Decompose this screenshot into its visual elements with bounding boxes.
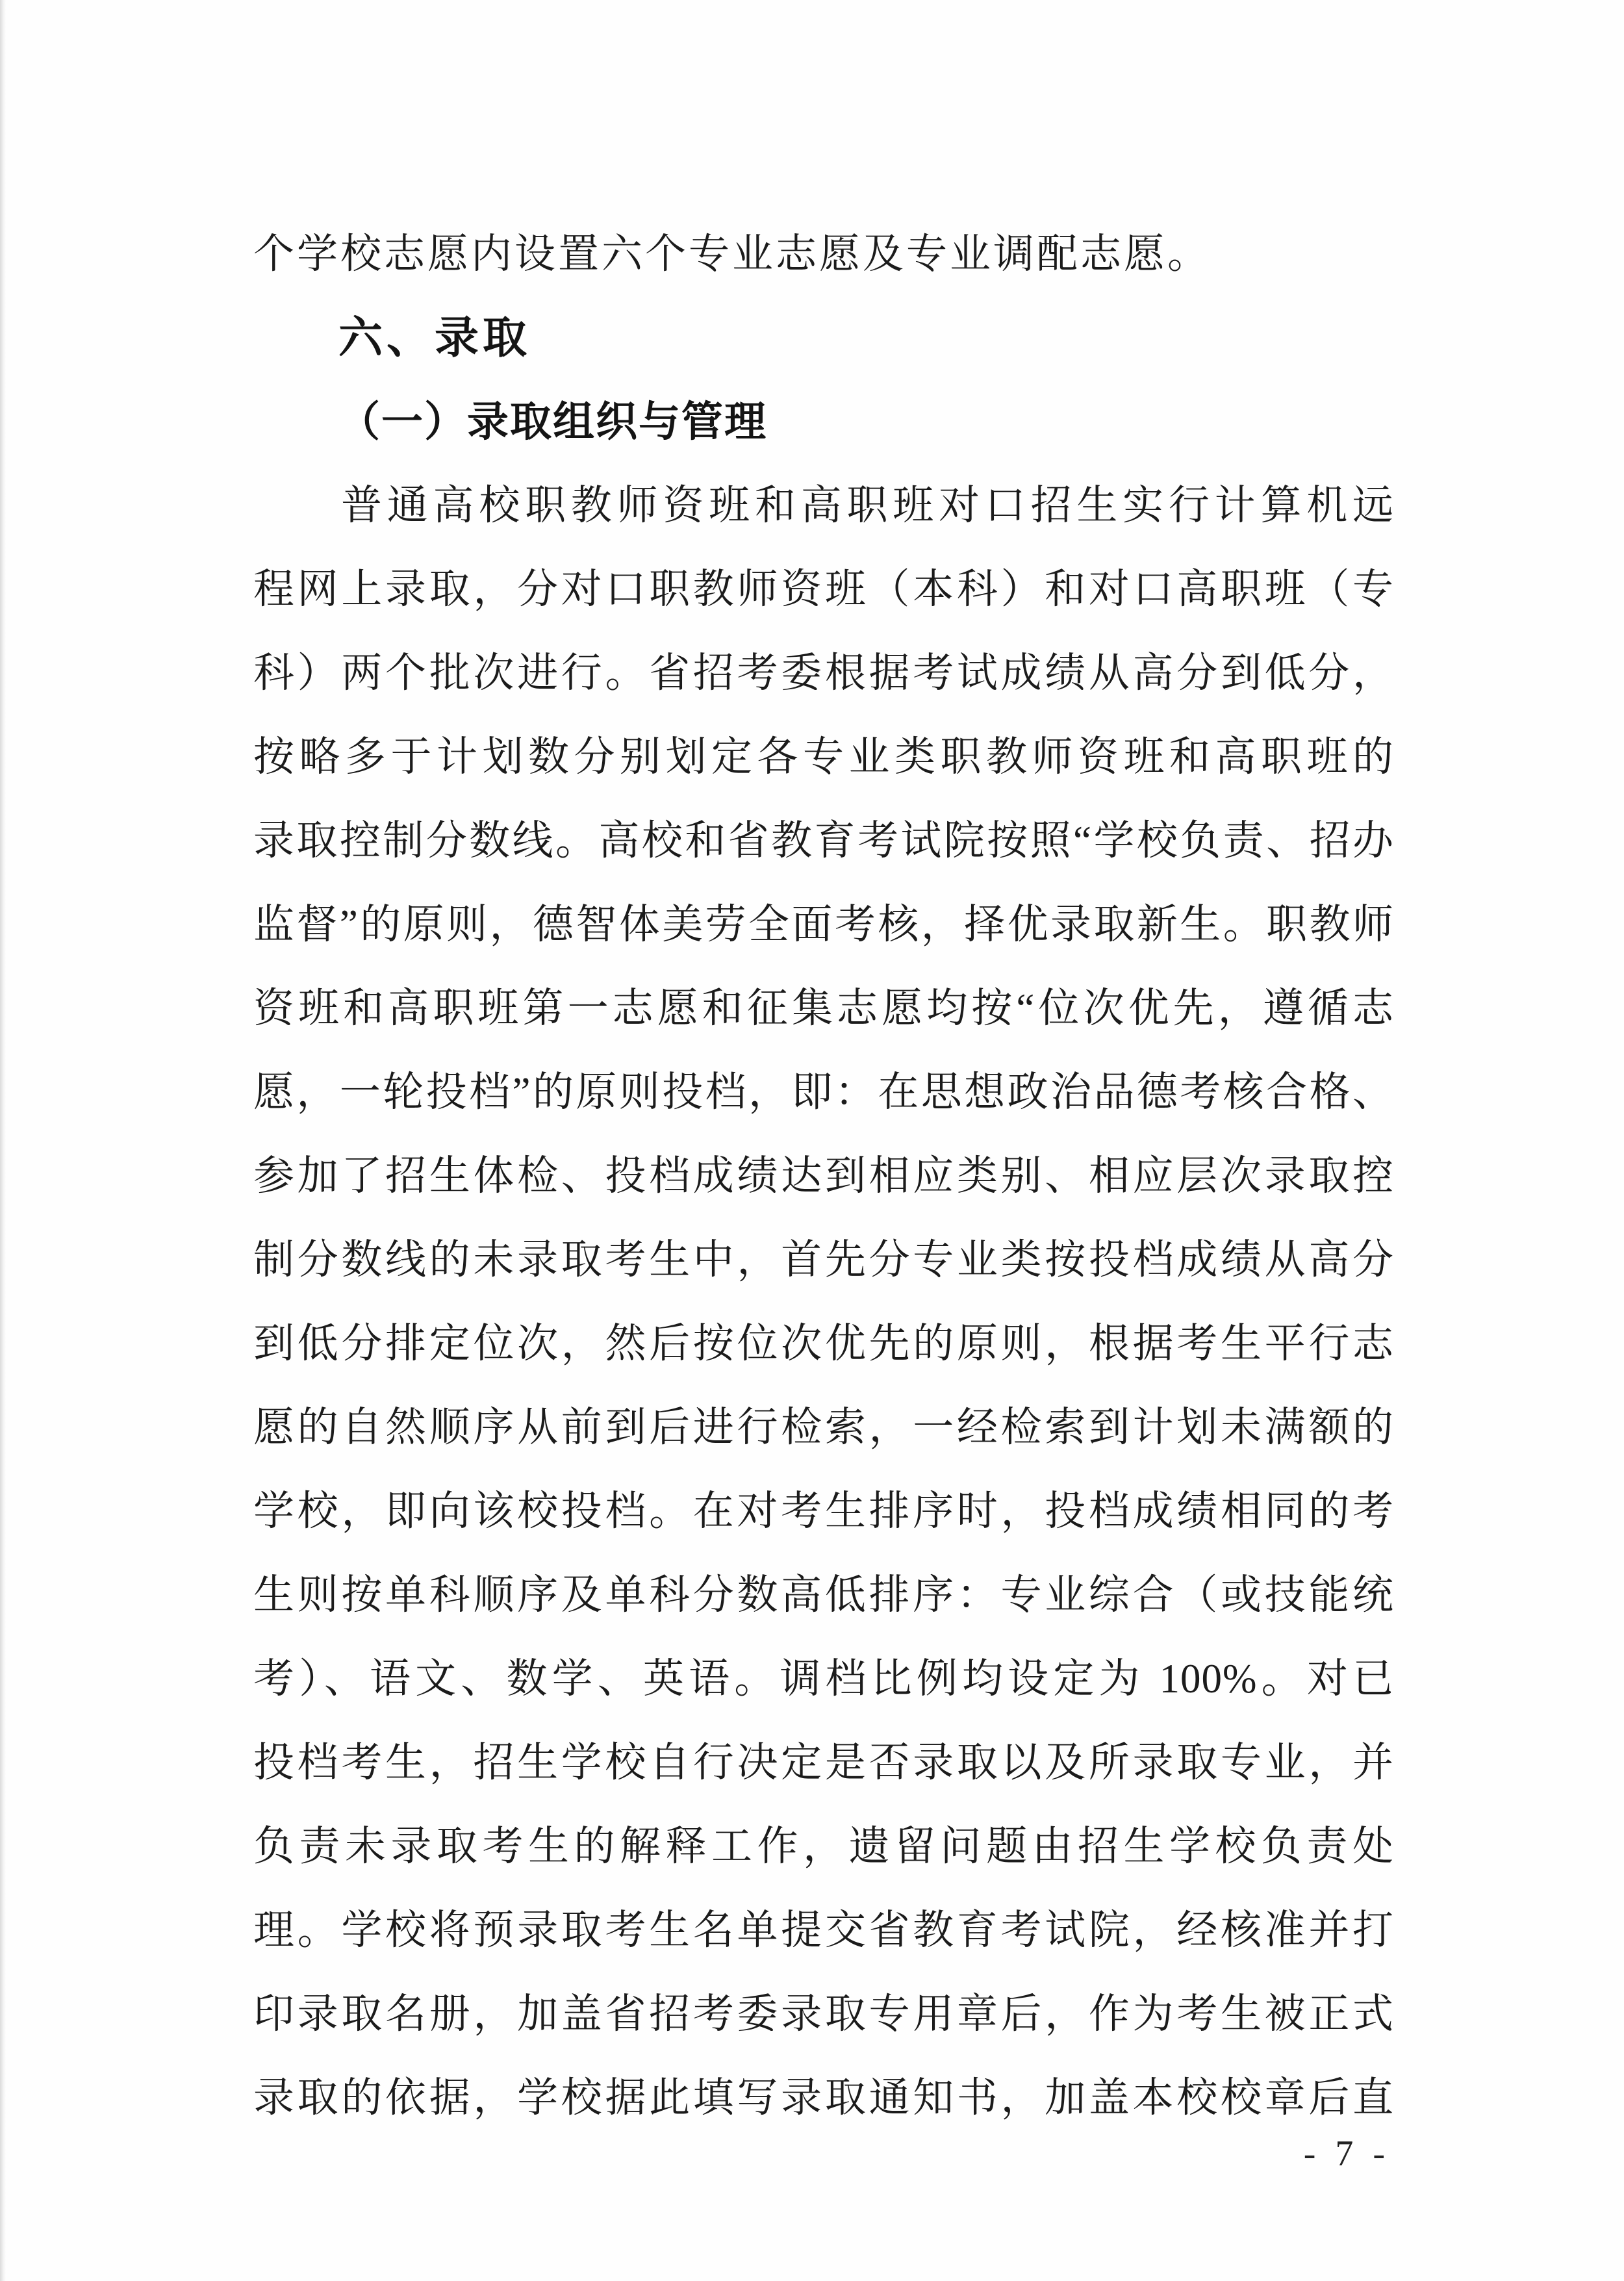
paragraph-line: 负责未录取考生的解释工作，遗留问题由招生学校负责处 [253,1805,1394,1889]
paragraph-line: 资班和高职班第一志愿和征集志愿均按“位次优先，遵循志 [253,967,1394,1051]
paragraph-line: 生则按单科顺序及单科分数高低排序：专业综合（或技能统 [253,1553,1394,1637]
paragraph-line: 考）、语文、数学、英语。调档比例均设定为 100%。对已 [253,1637,1394,1721]
paragraph-line: 愿的自然顺序从前到后进行检索，一经检索到计划未满额的 [253,1386,1394,1470]
paragraph-line: 学校，即向该校投档。在对考生排序时，投档成绩相同的考 [253,1470,1394,1553]
paragraph-line: 录取控制分数线。高校和省教育考试院按照“学校负责、招办 [253,799,1394,883]
paragraph-line: 程网上录取，分对口职教师资班（本科）和对口高职班（专 [253,548,1394,631]
scan-edge-shadow [0,0,6,2281]
section-heading-six-luqu: 六、录取 [253,296,1394,380]
scanned-document-page: { "document": { "lines": [ "个学校志愿内设置六个专业… [0,0,1624,2281]
document-text-block: 个学校志愿内设置六个专业志愿及专业调配志愿。 六、录取 （一）录取组织与管理 普… [253,212,1394,2140]
paragraph-line: 制分数线的未录取考生中，首先分专业类按投档成绩从高分 [253,1218,1394,1302]
paragraph-line: 监督”的原则，德智体美劳全面考核，择优录取新生。职教师 [253,883,1394,967]
paragraph-line: 录取的依据，学校据此填写录取通知书，加盖本校校章后直 [253,2056,1394,2140]
paragraph-line: 个学校志愿内设置六个专业志愿及专业调配志愿。 [253,212,1394,296]
paragraph-line: 普通高校职教师资班和高职班对口招生实行计算机远 [253,464,1394,548]
paragraph-line: 按略多于计划数分别划定各专业类职教师资班和高职班的 [253,715,1394,799]
paragraph-line: 科）两个批次进行。省招考委根据考试成绩从高分到低分， [253,631,1394,715]
paragraph-line: 印录取名册，加盖省招考委录取专用章后，作为考生被正式 [253,1972,1394,2056]
paragraph-line: 参加了招生体检、投档成绩达到相应类别、相应层次录取控 [253,1134,1394,1218]
paragraph-line: 理。学校将预录取考生名单提交省教育考试院，经核准并打 [253,1889,1394,1972]
paragraph-line: 愿，一轮投档”的原则投档，即：在思想政治品德考核合格、 [253,1051,1394,1134]
subsection-heading-organization-management: （一）录取组织与管理 [253,380,1394,464]
paragraph-line: 投档考生，招生学校自行决定是否录取以及所录取专业，并 [253,1721,1394,1805]
paragraph-line: 到低分排定位次，然后按位次优先的原则，根据考生平行志 [253,1302,1394,1386]
page-number: - 7 - [1304,2133,1390,2174]
